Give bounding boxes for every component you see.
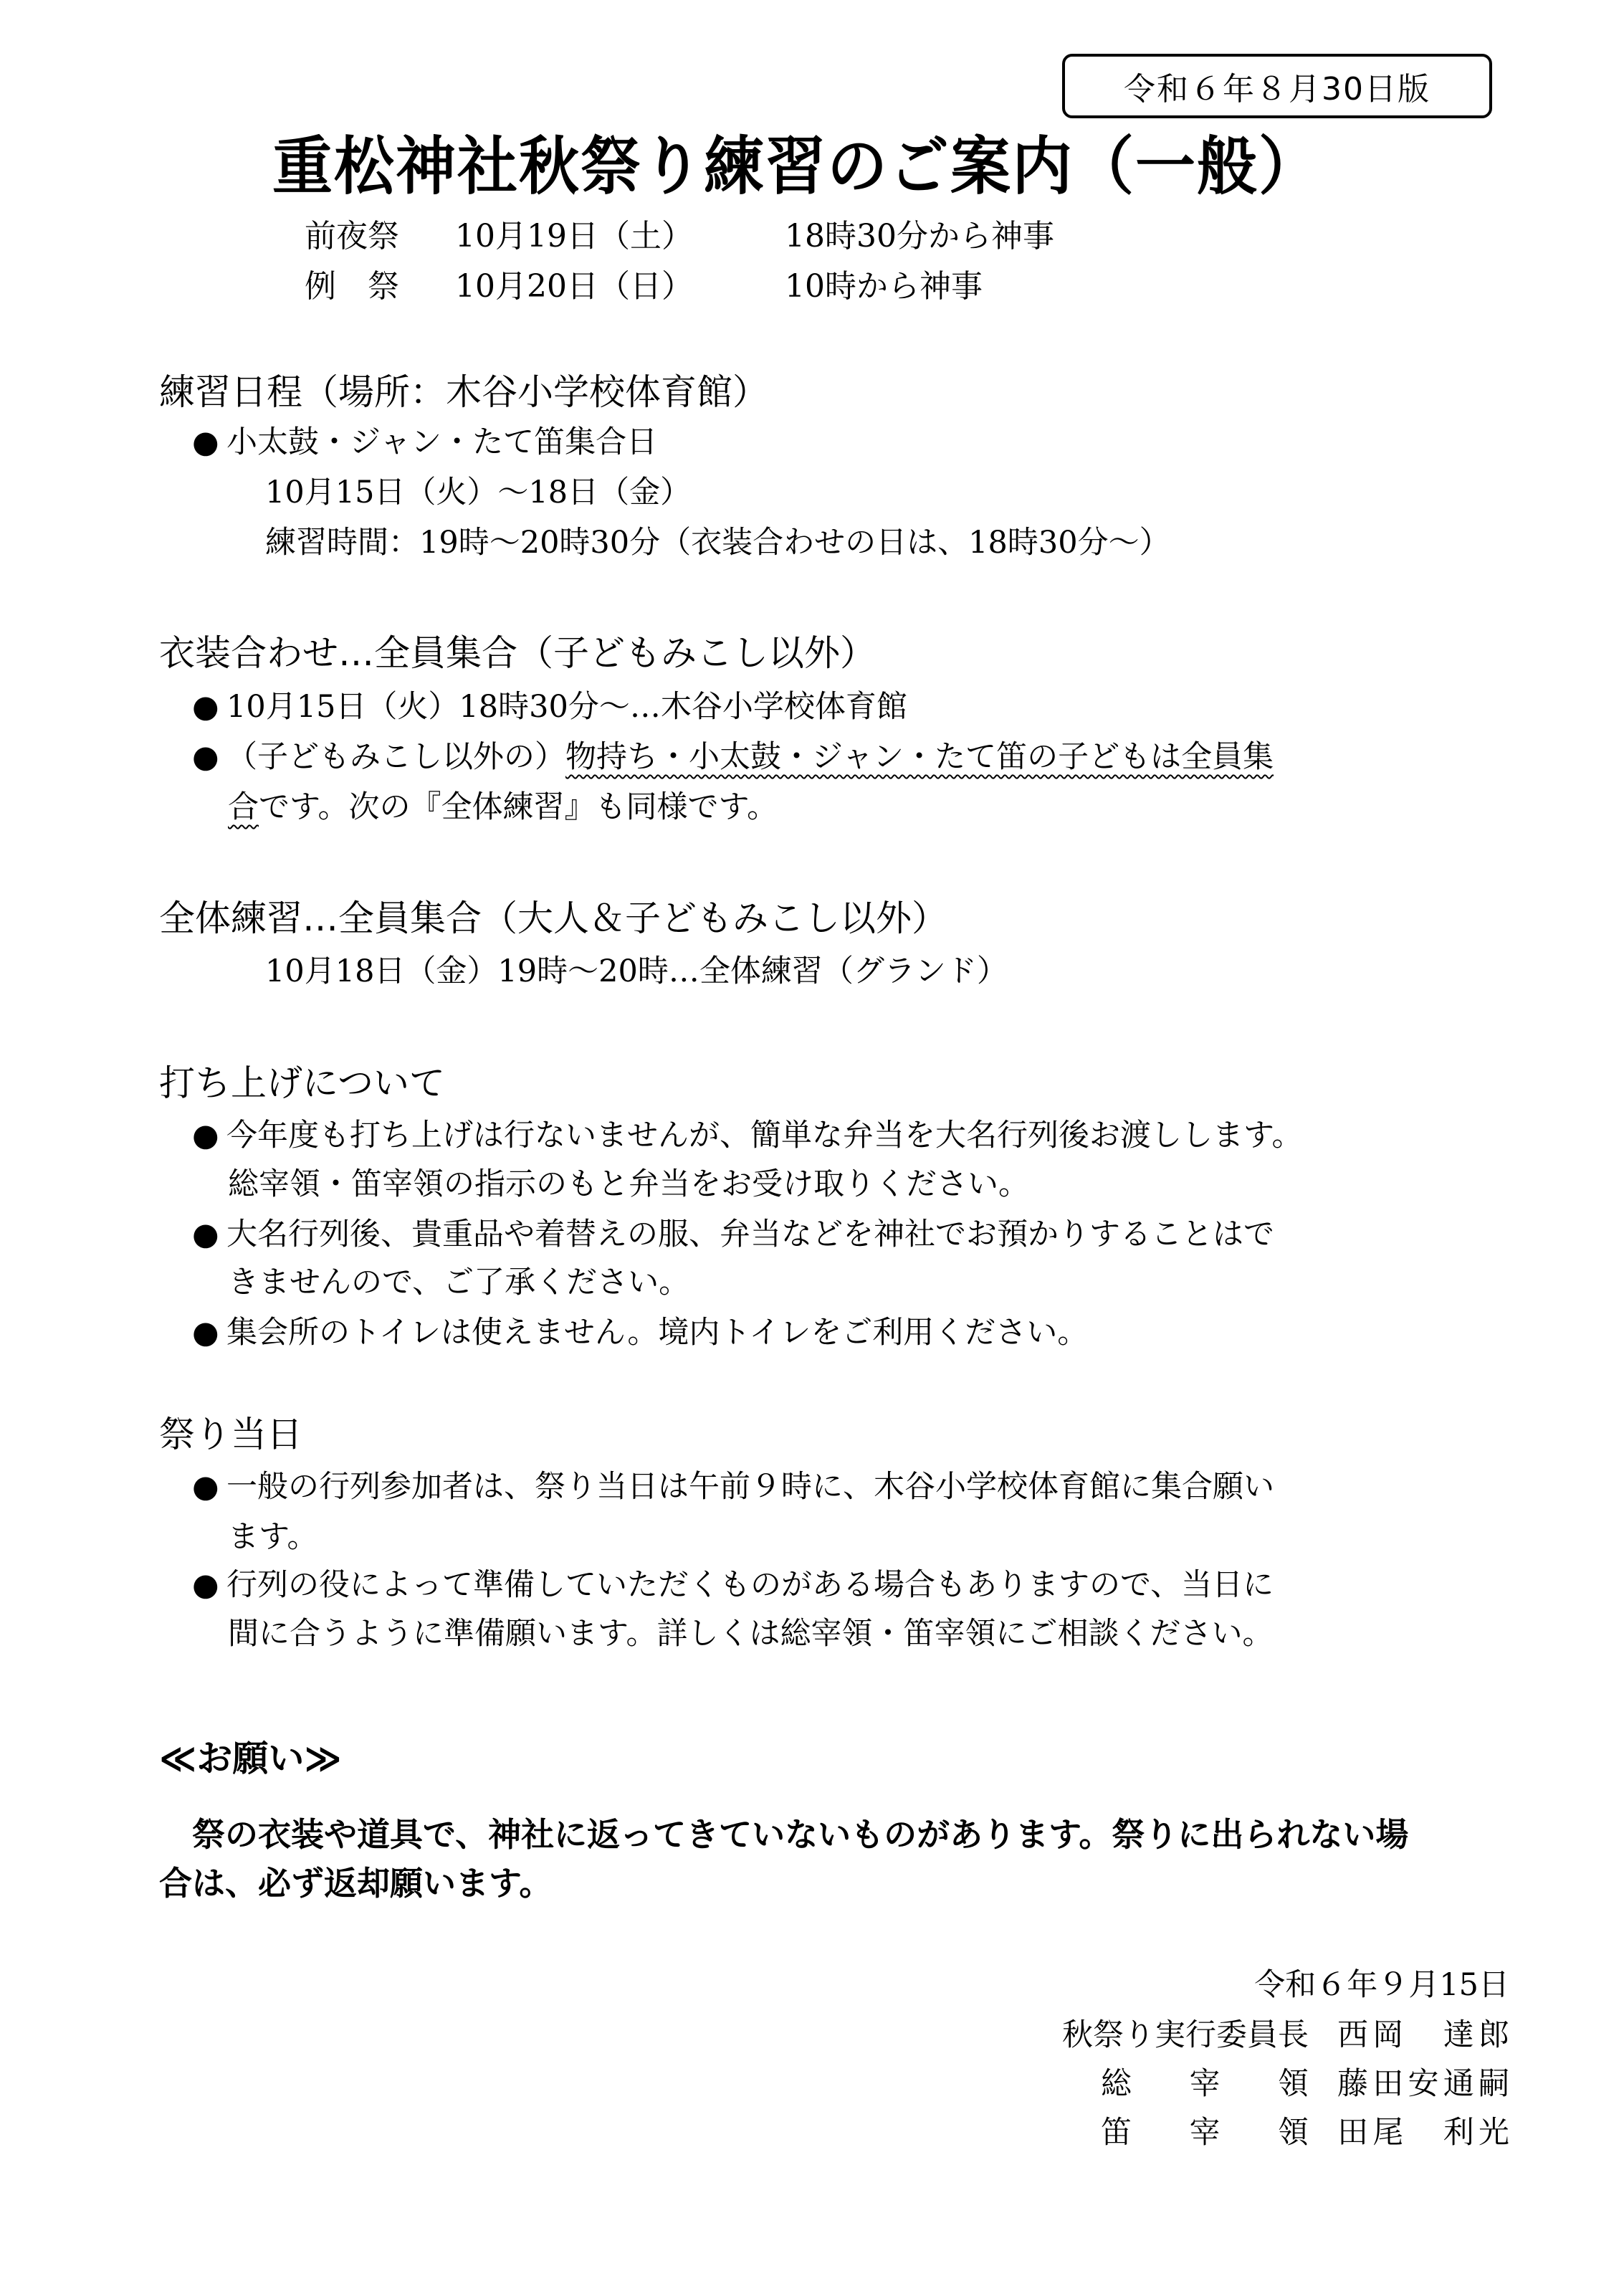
- event-date: 10月20日（日）: [455, 271, 785, 303]
- section-heading-practice-schedule: 練習日程（場所：木谷小学校体育館）: [159, 374, 768, 410]
- signature-name: 藤田安通嗣: [1337, 2069, 1509, 2100]
- list-item-continuation: 合です。次の『全体練習』も同様です。: [228, 792, 778, 823]
- list-item-text: です。次の『全体練習』も同様です。: [259, 789, 778, 825]
- list-item-continuation: きませんので、ご了承ください。: [228, 1267, 689, 1298]
- list-item: ●一般の行列参加者は、祭り当日は午前９時に、木谷小学校体育館に集合願い: [192, 1472, 1274, 1503]
- list-item: ●行列の役によって準備していただくものがある場合もありますので、当日に: [192, 1570, 1274, 1601]
- list-item-text: 小太鼓・ジャン・たて笛集合日: [226, 424, 657, 460]
- bullet-icon: ●: [192, 1570, 226, 1601]
- bullet-icon: ●: [192, 1219, 226, 1250]
- request-line-1: 祭の衣装や道具で、神社に返ってきていないものがあります。祭りに出られない場: [192, 1818, 1408, 1851]
- version-badge-text: 令和６年８月30日版: [1124, 63, 1430, 109]
- signature-row: 秋祭り実行委員長西岡 達郎: [1062, 2020, 1509, 2051]
- bullet-icon: ●: [192, 1120, 226, 1151]
- list-item-text: 集会所のトイレは使えません。境内トイレをご利用ください。: [226, 1315, 1088, 1351]
- list-item-text: 今年度も打ち上げは行ないませんが、簡単な弁当を大名行列後お渡しします。: [226, 1118, 1303, 1153]
- section-heading-full-practice: 全体練習…全員集合（大人＆子どもみこし以外）: [159, 900, 947, 936]
- list-item-text: 大名行列後、貴重品や着替えの服、弁当などを神社でお預かりすることはで: [226, 1217, 1274, 1252]
- signature-name: 田尾 利光: [1337, 2118, 1509, 2148]
- list-item-text: 行列の役によって準備していただくものがある場合もありますので、当日に: [226, 1567, 1274, 1603]
- event-row-main: 例 祭10月20日（日）10時から神事: [305, 271, 983, 303]
- practice-dates: 10月15日（火）～18日（金）: [265, 477, 691, 508]
- document-page: 令和６年８月30日版 重松神社秋祭り練習のご案内（一般） 前夜祭10月19日（土…: [0, 0, 1624, 2294]
- bullet-icon: ●: [192, 692, 226, 723]
- bullet-icon: ●: [192, 742, 226, 773]
- list-item: ●集会所のトイレは使えません。境内トイレをご利用ください。: [192, 1318, 1088, 1348]
- list-item-text: （子どもみこし以外の）: [226, 739, 565, 775]
- bullet-icon: ●: [192, 1472, 226, 1503]
- page-title: 重松神社秋祭り練習のご案内（一般）: [272, 135, 1320, 198]
- wavy-underlined-text: 物持ち・小太鼓・ジャン・たて笛の子どもは全員集: [565, 739, 1274, 775]
- signature-row: 笛宰領田尾 利光: [1101, 2118, 1509, 2148]
- signature-name: 西岡 達郎: [1337, 2020, 1509, 2051]
- issue-date: 令和６年９月15日: [1254, 1970, 1509, 2001]
- event-date: 10月19日（土）: [455, 221, 785, 252]
- event-time: 10時から神事: [785, 268, 983, 305]
- section-heading-festival-day: 祭り当日: [159, 1417, 302, 1452]
- list-item-continuation: 間に合うように準備願います。詳しくは総宰領・笛宰領にご相談ください。: [228, 1619, 1274, 1650]
- event-label: 前夜祭: [305, 221, 455, 252]
- section-heading-after-party: 打ち上げについて: [159, 1065, 445, 1101]
- list-item: ●10月15日（火）18時30分～…木谷小学校体育館: [192, 692, 907, 723]
- list-item: ●今年度も打ち上げは行ないませんが、簡単な弁当を大名行列後お渡しします。: [192, 1120, 1303, 1151]
- list-item-text: 一般の行列参加者は、祭り当日は午前９時に、木谷小学校体育館に集合願い: [226, 1469, 1274, 1505]
- list-item: ●大名行列後、貴重品や着替えの服、弁当などを神社でお預かりすることはで: [192, 1219, 1274, 1250]
- bullet-icon: ●: [192, 427, 226, 458]
- practice-time: 練習時間：19時～20時30分（衣装合わせの日は、18時30分～）: [265, 528, 1170, 558]
- list-item: ●小太鼓・ジャン・たて笛集合日: [192, 427, 657, 458]
- list-item-text: 10月15日（火）18時30分～…木谷小学校体育館: [226, 689, 907, 725]
- signature-row: 総宰領藤田安通嗣: [1101, 2069, 1509, 2100]
- list-item-continuation: ます。: [228, 1522, 318, 1553]
- bullet-icon: ●: [192, 1318, 226, 1348]
- wavy-underlined-text: 合: [228, 789, 259, 825]
- event-time: 18時30分から神事: [785, 218, 1054, 254]
- signature-role: 笛宰領: [1101, 2118, 1309, 2148]
- request-line-2: 合は、必ず返却願います。: [159, 1867, 552, 1900]
- request-heading: ≪お願い≫: [159, 1741, 342, 1776]
- signature-role: 秋祭り実行委員長: [1062, 2017, 1309, 2053]
- list-item-continuation: 総宰領・笛宰領の指示のもと弁当をお受け取りください。: [228, 1169, 1029, 1200]
- signature-role: 総宰領: [1101, 2069, 1309, 2100]
- full-practice-line: 10月18日（金）19時～20時…全体練習（グランド）: [265, 956, 1008, 987]
- event-label: 例 祭: [305, 271, 455, 303]
- event-row-eve: 前夜祭10月19日（土）18時30分から神事: [305, 221, 1054, 252]
- list-item: ●（子どもみこし以外の）物持ち・小太鼓・ジャン・たて笛の子どもは全員集: [192, 742, 1274, 773]
- section-heading-costume-fitting: 衣装合わせ…全員集合（子どもみこし以外）: [159, 635, 876, 671]
- version-badge: 令和６年８月30日版: [1062, 54, 1492, 118]
